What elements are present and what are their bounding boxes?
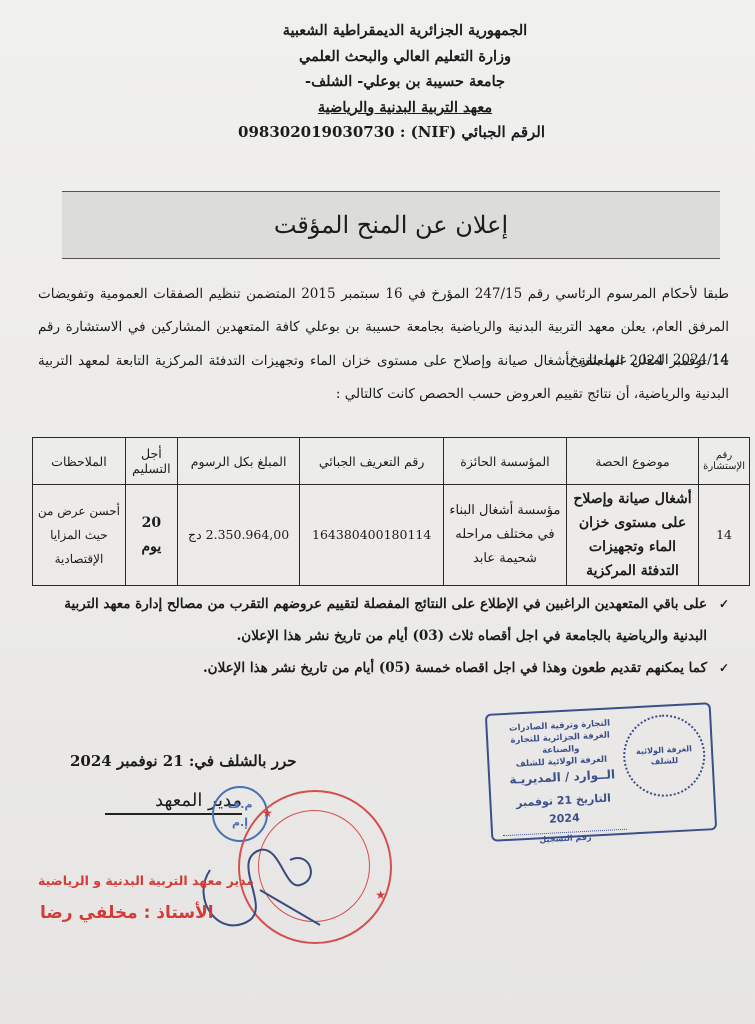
results-paragraph: 14 نوفمبر 2024 المتعلقة بأشغال صيانة وإص… (38, 345, 729, 411)
star-icon: ★ (375, 888, 386, 902)
table-row: 14 أشغال صيانة وإصلاح على مستوى خزان الم… (33, 485, 750, 586)
header-lot-subject: موضوع الحصة (566, 438, 698, 485)
place-and-date: حرر بالشلف في: 21 نوفمبر 2024 (70, 752, 297, 770)
director-title-red: مدير معهد التربية البدنية و الرياضية (38, 873, 254, 888)
bullet-text: كما يمكنهم تقديم طعون وهذا في اجل اقصاه … (203, 660, 707, 676)
bullet-item: ✓ كما يمكنهم تقديم طعون وهذا في اجل اقصا… (60, 652, 729, 684)
table-header-row: رقم الإستشارة موضوع الحصة المؤسسة الحائز… (33, 438, 750, 485)
stamp-line: م.ف (214, 796, 266, 814)
header-delivery-delay: أجل التسليم (125, 438, 177, 485)
notice-bullets: ✓ على باقي المتعهدين الراغبين في الإطلاع… (60, 588, 729, 684)
ministry-name: وزارة التعليم العالي والبحث العلمي (275, 44, 535, 70)
seal-text: الغرفة الولائية للشلف (625, 743, 704, 769)
header-winning-company: المؤسسة الحائزة (443, 438, 566, 485)
republic-name: الجمهورية الجزائرية الديمقراطية الشعبية (275, 18, 535, 44)
cell-notes: أحسن عرض من حيث المزايا الإقتصادية (33, 485, 126, 586)
document-page: الجمهورية الجزائرية الديمقراطية الشعبية … (0, 0, 755, 1024)
header-amount: المبلغ بكل الرسوم (177, 438, 299, 485)
university-name: جامعة حسيبة بن بوعلي- الشلف- (275, 69, 535, 95)
check-icon: ✓ (719, 588, 729, 620)
title-band: إعلان عن المنح المؤقت (62, 191, 720, 259)
director-name: الأستاذ : مخلفي رضا (40, 903, 214, 923)
tax-id: الرقم الجبائي (NIF) : 098302019030730 (275, 120, 545, 146)
bullet-item: ✓ على باقي المتعهدين الراغبين في الإطلاع… (60, 588, 729, 652)
header-consultation-number: رقم الإستشارة (699, 438, 750, 485)
cell-amount: 2.350.964,00 دج (177, 485, 299, 586)
document-title: إعلان عن المنح المؤقت (274, 211, 508, 239)
cell-tax-id: 164380400180114 (300, 485, 444, 586)
header-tax-id: رقم التعريف الجبائي (300, 438, 444, 485)
results-table: رقم الإستشارة موضوع الحصة المؤسسة الحائز… (32, 437, 750, 586)
bullet-text: على باقي المتعهدين الراغبين في الإطلاع ع… (64, 596, 707, 644)
cell-company: مؤسسة أشغال البناء في مختلف مراحله شحيمة… (443, 485, 566, 586)
cell-delay: 20 يوم (125, 485, 177, 586)
institute-name: معهد التربية البدنية والرياضية (275, 95, 535, 121)
star-icon: ★ (262, 806, 273, 820)
registry-stamp: التجارة وترقية الصادرات الغرفة الجزائرية… (485, 702, 717, 842)
stamp-seal-icon: الغرفة الولائية للشلف (621, 713, 707, 799)
stamp-date: التاريخ 21 نوفمبر 2024 (501, 789, 627, 831)
header-notes: الملاحظات (33, 438, 126, 485)
cell-number: 14 (699, 485, 750, 586)
letterhead: الجمهورية الجزائرية الديمقراطية الشعبية … (275, 18, 535, 146)
check-icon: ✓ (719, 652, 729, 684)
cell-subject: أشغال صيانة وإصلاح على مستوى خزان الماء … (566, 485, 698, 586)
stamp-registration: رقم التسجيل (503, 829, 628, 848)
stamp-text: التجارة وترقية الصادرات الغرفة الجزائرية… (497, 717, 627, 848)
